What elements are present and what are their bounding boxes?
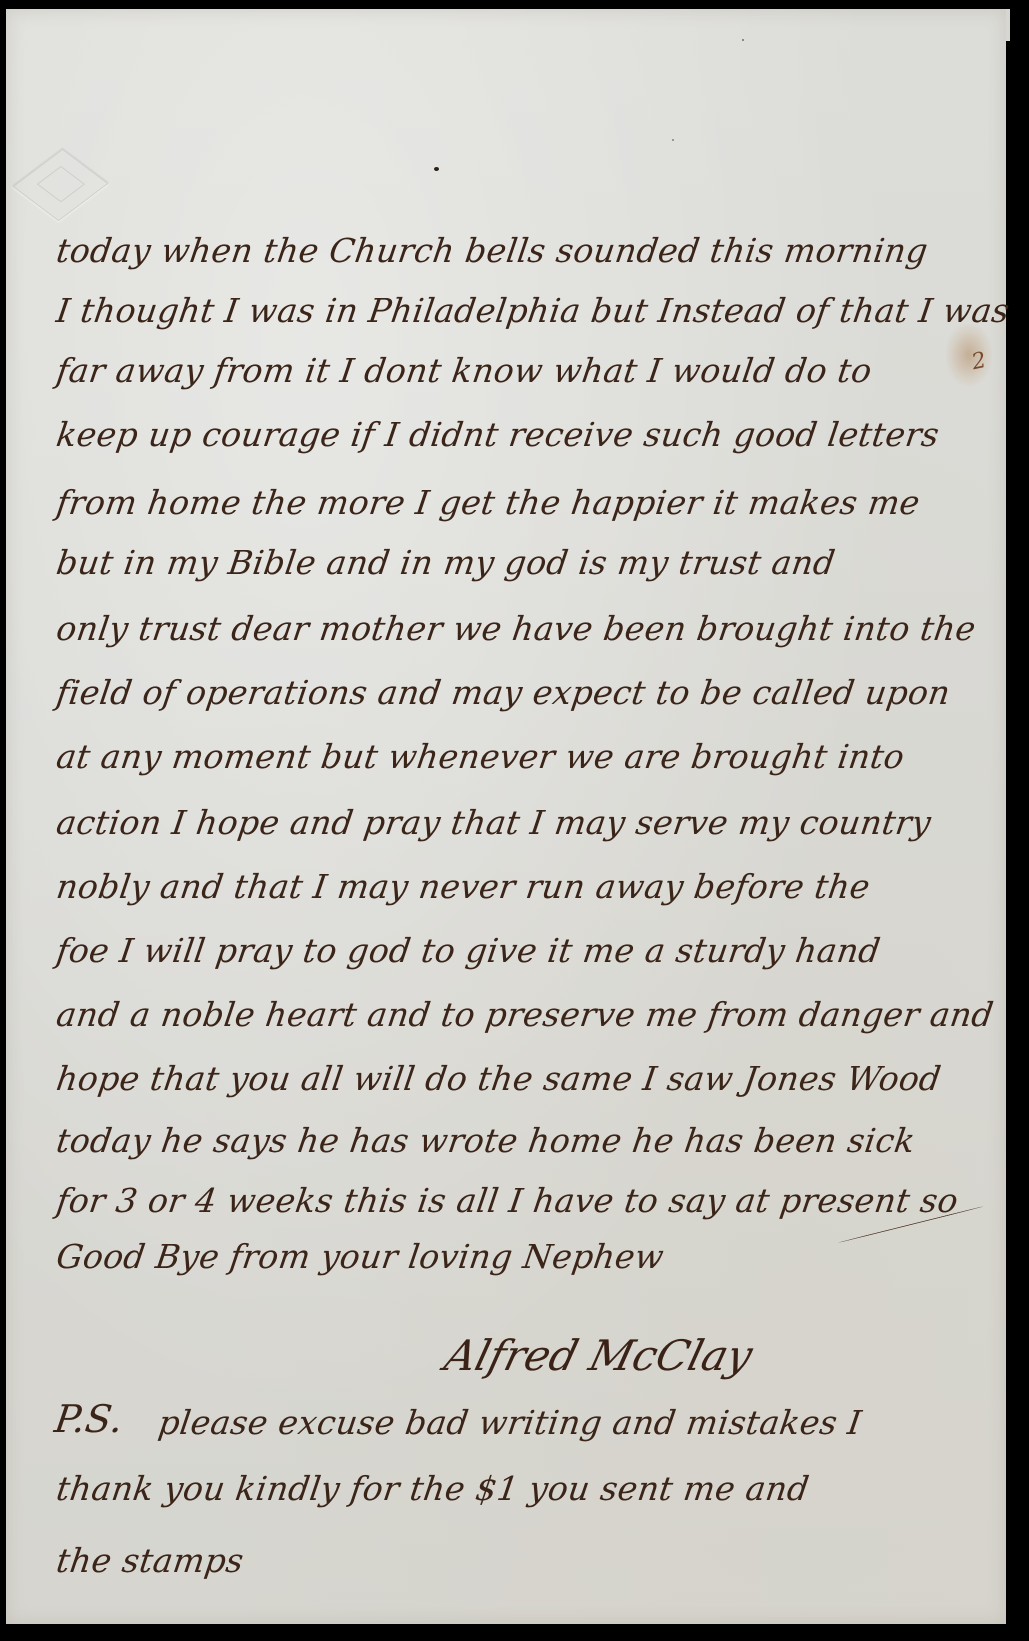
- embossed-stationer-mark-icon: [13, 149, 109, 221]
- letter-line-10: action I hope and pray that I may serve …: [54, 803, 934, 842]
- letter-line-13: and a noble heart and to preserve me fro…: [54, 995, 996, 1034]
- letter-page: 2 today when the Church bells sounded th…: [6, 9, 1006, 1624]
- signature: Alfred McClay: [440, 1331, 758, 1380]
- letter-line-16: for 3 or 4 weeks this is all I have to s…: [54, 1181, 961, 1220]
- ink-stain: [946, 324, 992, 386]
- postscript-line-3: the stamps: [54, 1541, 246, 1580]
- letter-line-4: keep up courage if I didnt receive such …: [54, 415, 942, 454]
- letter-line-7: only trust dear mother we have been brou…: [54, 609, 978, 648]
- letter-line-1: today when the Church bells sounded this…: [54, 231, 930, 270]
- letter-line-15: today he says he has wrote home he has b…: [54, 1121, 918, 1160]
- letter-line-9: at any moment but whenever we are brough…: [54, 737, 907, 776]
- letter-line-14: hope that you all will do the same I saw…: [54, 1059, 944, 1098]
- letter-closing: Good Bye from your loving Nephew: [54, 1237, 666, 1276]
- letter-line-5: from home the more I get the happier it …: [54, 483, 922, 522]
- letter-line-12: foe I will pray to god to give it me a s…: [54, 931, 883, 970]
- postscript-label: P.S.: [52, 1397, 126, 1441]
- paper-edge: [1006, 9, 1010, 41]
- letter-line-11: nobly and that I may never run away befo…: [54, 867, 873, 906]
- ink-speck: [672, 139, 674, 141]
- ink-speck: [742, 39, 744, 41]
- ink-speck: [434, 167, 439, 171]
- letter-line-2: I thought I was in Philadelphia but Inst…: [54, 291, 1012, 330]
- postscript-line-2: thank you kindly for the $1 you sent me …: [54, 1469, 812, 1508]
- letter-line-6: but in my Bible and in my god is my trus…: [54, 543, 838, 582]
- letter-line-3: far away from it I dont know what I woul…: [54, 351, 874, 390]
- postscript-line-1: please excuse bad writing and mistakes I: [156, 1403, 864, 1442]
- letter-line-8: field of operations and may expect to be…: [54, 673, 953, 712]
